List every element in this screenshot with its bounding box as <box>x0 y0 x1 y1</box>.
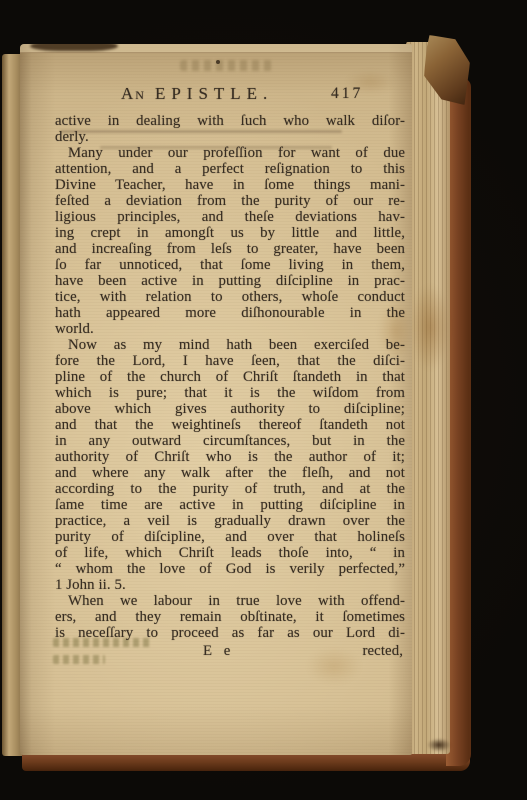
text-line: is neceſſary to proceed as far as our Lo… <box>55 625 405 641</box>
text-line: above which gives authority to diſciplin… <box>55 401 405 417</box>
running-title: AnEPISTLE. <box>121 84 273 104</box>
text-line: ſame time are active in putting diſcipli… <box>55 497 405 513</box>
page-header: AnEPISTLE. 417 <box>55 84 405 106</box>
text-line: pline of the church of Chriſt ſtandeth i… <box>55 369 405 385</box>
text-line: “ whom the love of God is verily perfect… <box>55 561 405 577</box>
text-line: fore the Lord, I have ſeen, that the diſ… <box>55 353 405 369</box>
text-line: which is pure; that it is the wiſdom fro… <box>55 385 405 401</box>
text-line: in any outward circumſtances, but in the <box>55 433 405 449</box>
facing-page-edge <box>2 54 22 756</box>
text-line: Divine Teacher, have in ſome things mani… <box>55 177 405 193</box>
text-line: and that the weightineſs thereof ſtandet… <box>55 417 405 433</box>
text-line: ſo far unnoticed, that ſome living in th… <box>55 257 405 273</box>
text-line: according to the purity of truth, and at… <box>55 481 405 497</box>
signature-mark: E e <box>203 643 234 659</box>
text-line: Many under our profeſſion for want of du… <box>55 145 405 161</box>
text-line: 1 John ii. 5. <box>55 577 405 593</box>
text-line: tice, with relation to others, whoſe con… <box>55 289 405 305</box>
text-line: ligious principles, and theſe deviations… <box>55 209 405 225</box>
text-line: and where any walk after the fleſh, and … <box>55 465 405 481</box>
corner-wear-spot <box>423 736 455 754</box>
body-text: active in dealing with ſuch who walk diſ… <box>55 113 405 659</box>
book-scan-photo: AnEPISTLE. 417 active in dealing with ſu… <box>0 0 527 800</box>
text-line: feſted a deviation from the purity of ou… <box>55 193 405 209</box>
text-line: practice, a veil is gradually drawn over… <box>55 513 405 529</box>
text-line: ing crept in amongſt us by little and li… <box>55 225 405 241</box>
text-line: attention, and a perfect reſignation to … <box>55 161 405 177</box>
fore-edge-page-stack <box>406 42 450 754</box>
text-line: purity of diſcipline, and over that holi… <box>55 529 405 545</box>
running-title-epistle: EPISTLE. <box>155 84 273 103</box>
catchword: rected, <box>362 643 403 659</box>
fore-edge-stain <box>406 270 450 385</box>
text-line: have been active in putting diſcipline i… <box>55 273 405 289</box>
text-line: of life, which Chriſt leads thoſe into, … <box>55 545 405 561</box>
signature-row: E e rected, <box>55 643 405 659</box>
text-line: active in dealing with ſuch who walk diſ… <box>55 113 405 129</box>
show-through-mark <box>180 60 272 71</box>
text-line: When we labour in true love with offend- <box>55 593 405 609</box>
text-line: hath appeared more diſhonourable in the <box>55 305 405 321</box>
ink-speck <box>216 60 220 64</box>
text-line: derly. <box>55 129 405 145</box>
page-number: 417 <box>331 85 363 103</box>
text-line: Now as my mind hath been exerciſed be- <box>55 337 405 353</box>
text-line: and increaſing from leſs to greater, hav… <box>55 241 405 257</box>
text-line: authority of Chriſt who is the author of… <box>55 449 405 465</box>
text-line: world. <box>55 321 405 337</box>
top-edge-smudge <box>30 44 118 51</box>
text-line: ers, and they remain obſtinate, it ſomet… <box>55 609 405 625</box>
book-page: AnEPISTLE. 417 active in dealing with ſu… <box>20 44 412 755</box>
running-title-an: An <box>121 84 146 103</box>
